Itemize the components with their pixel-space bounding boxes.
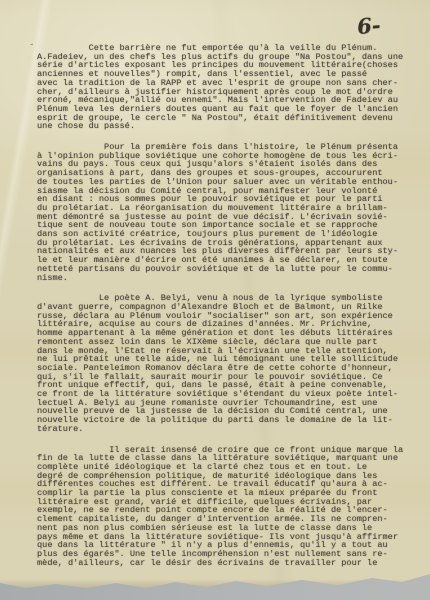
page-number-annotation: 6- <box>356 12 381 39</box>
document-photo: 6- - Cette barrière ne fut emportée qu'à… <box>0 0 430 600</box>
paragraph-2: Pour la première fois dans l'histoire, l… <box>37 143 417 282</box>
paragraph-1: Cette barrière ne fut emportée qu'à la v… <box>37 44 417 131</box>
paragraph-3: Le poète A. Belyi, venu à nous de la lyr… <box>37 294 417 433</box>
paper-page: 6- - Cette barrière ne fut emportée qu'à… <box>0 0 430 589</box>
margin-mark: - <box>29 40 34 50</box>
paragraph-4: Il serait insensé de croire que ce front… <box>37 446 417 568</box>
typewritten-text-block: Cette barrière ne fut emportée qu'à la v… <box>37 44 417 579</box>
